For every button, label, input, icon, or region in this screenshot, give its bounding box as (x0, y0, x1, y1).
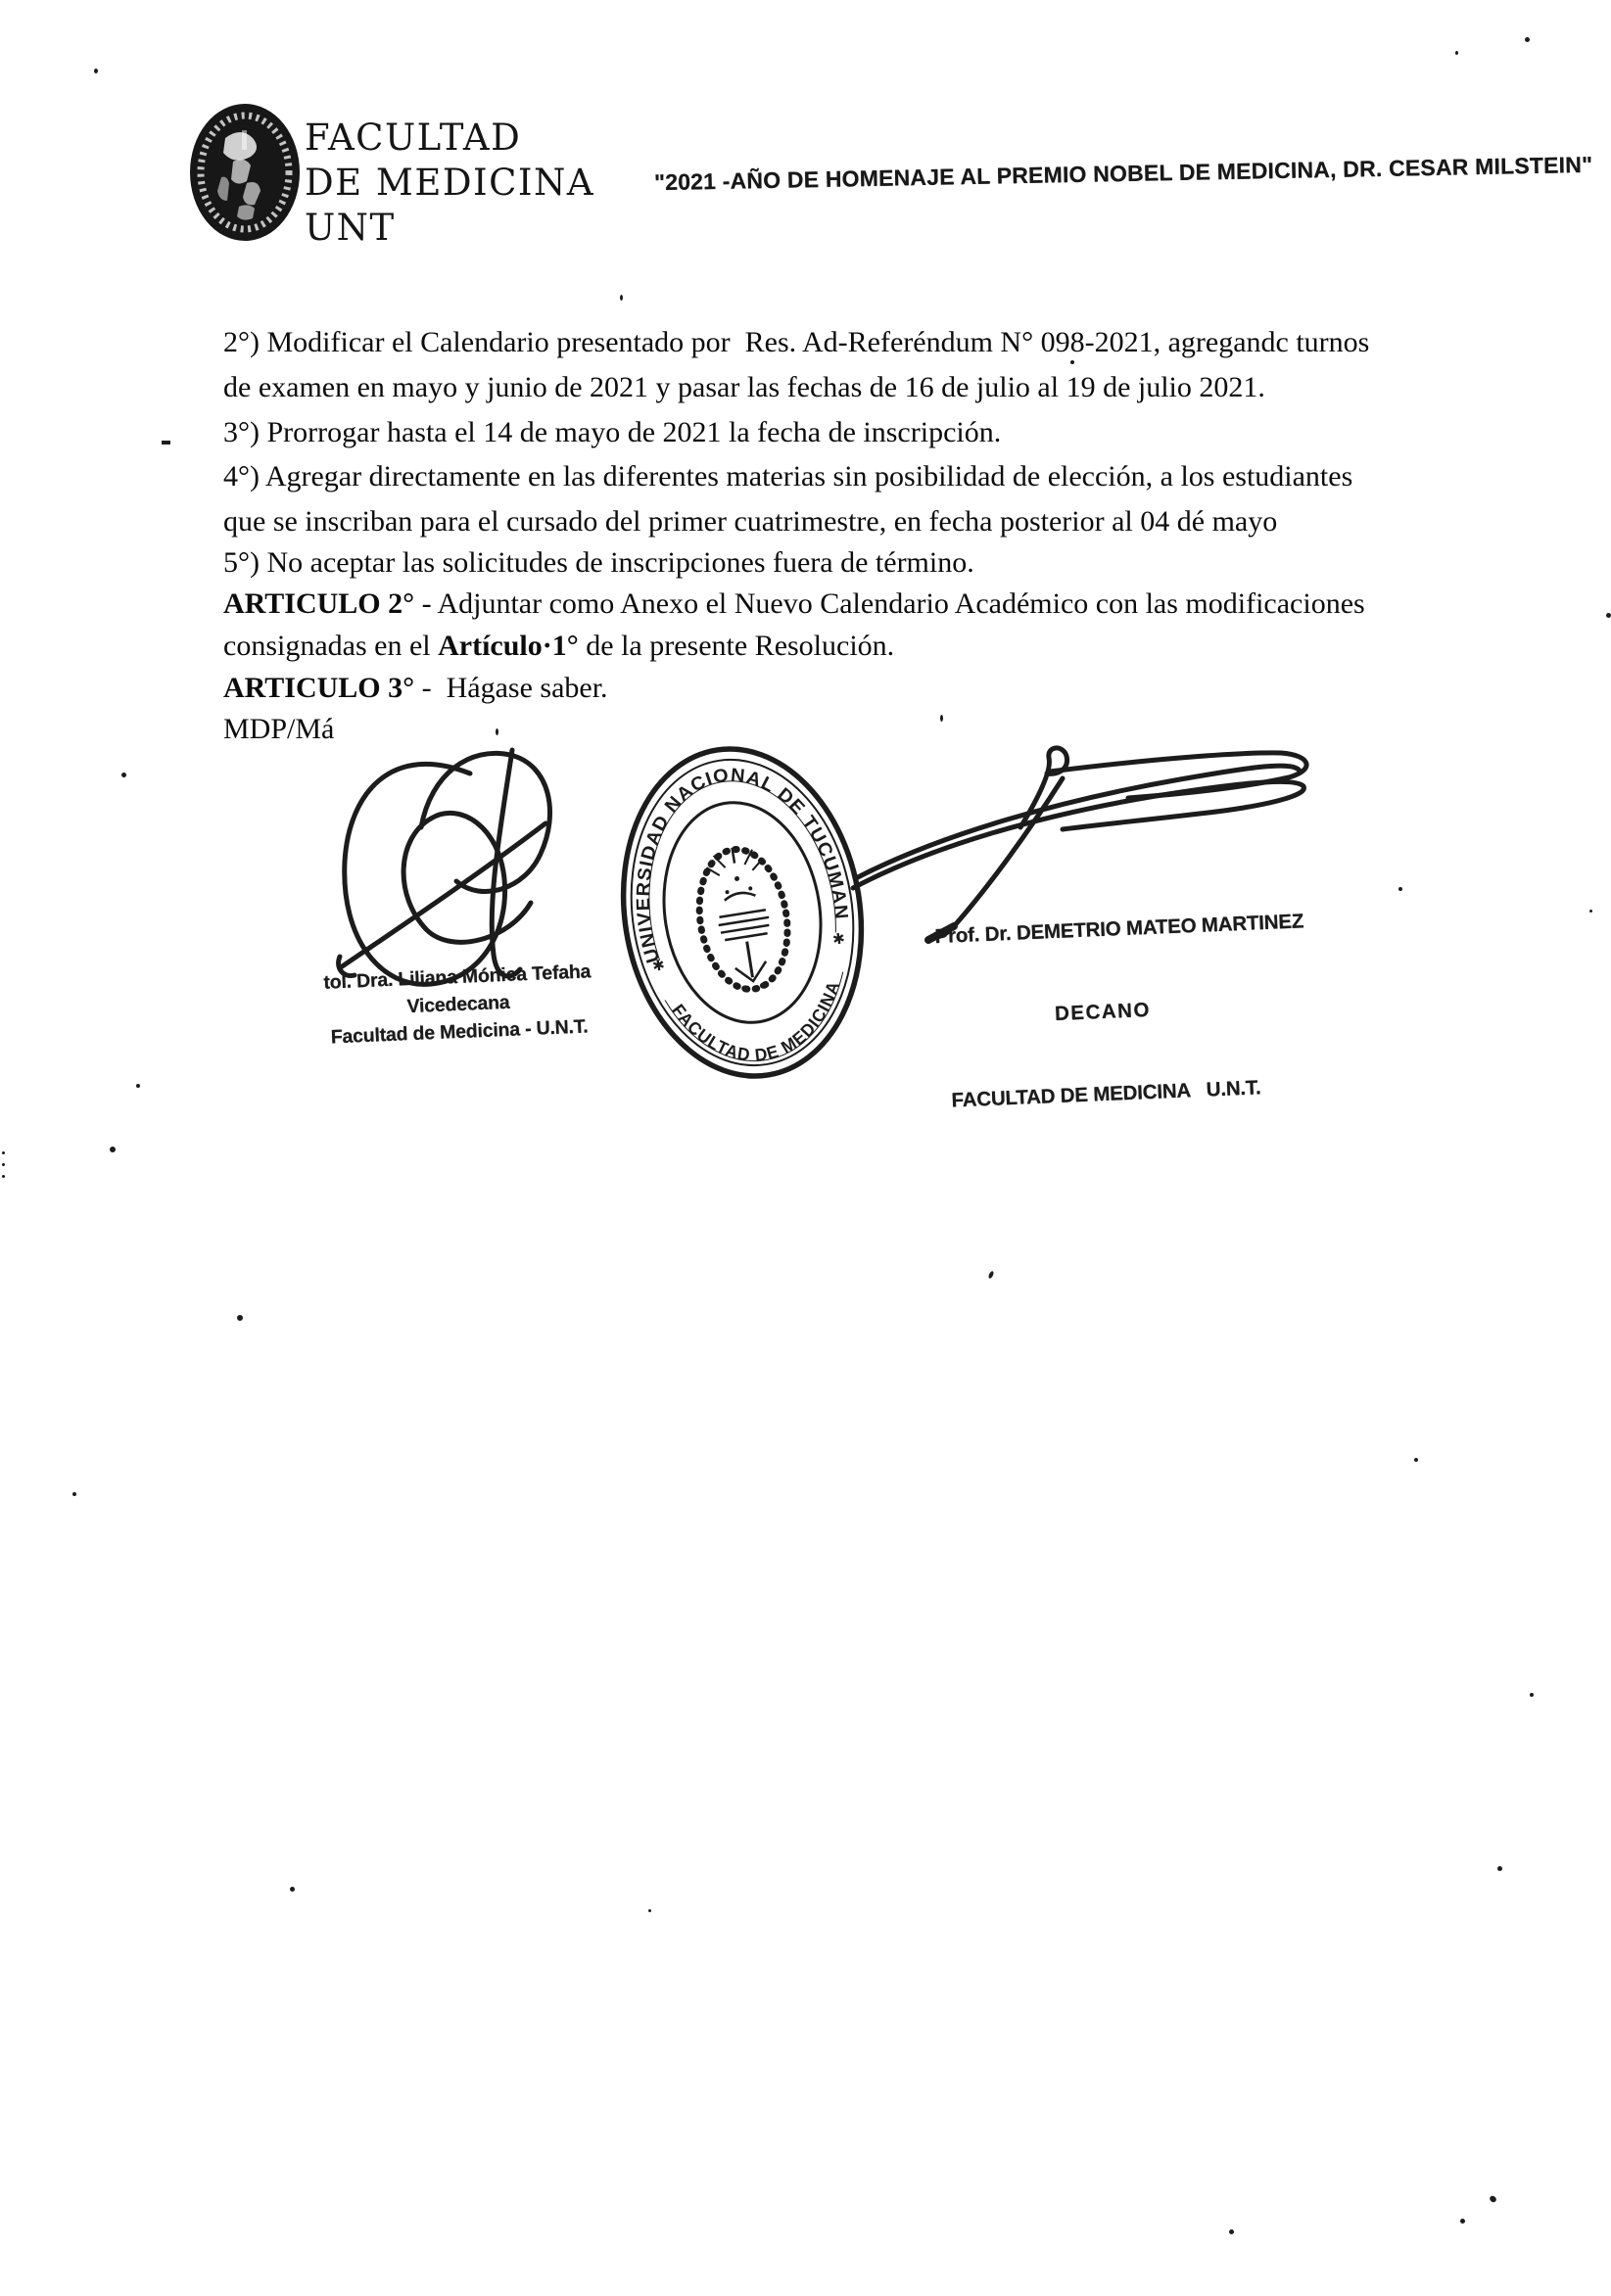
scan-speck (1525, 37, 1530, 42)
org-name-line3: UNT (305, 206, 594, 251)
signer-right-org: FACULTAD DE MEDICINA U.N.T. (941, 1074, 1271, 1115)
scan-speck (1398, 887, 1402, 891)
scan-speck (162, 441, 170, 445)
scan-speck (1070, 360, 1074, 364)
body-line-9: ARTICULO 3° - Hágase saber. (223, 672, 608, 705)
line8-pre: consignadas en el (223, 630, 438, 662)
scan-speck (496, 728, 498, 735)
line8-rest: de la presente Resolución. (579, 630, 894, 662)
scan-speck (136, 1084, 140, 1088)
scan-speck (1589, 910, 1592, 913)
signer-right-role: DECANO (938, 992, 1268, 1033)
body-line-6: 5°) No aceptar las solicitudes de inscri… (223, 546, 974, 580)
scan-speck (1455, 51, 1458, 55)
scan-speck (1229, 2229, 1234, 2234)
scan-speck (1530, 1693, 1534, 1697)
stamp-star-right: ✱ (831, 931, 846, 949)
stamp-star-left: ✱ (651, 958, 666, 975)
scan-speck (1460, 2219, 1465, 2224)
scan-speck (290, 1887, 295, 1892)
scanned-document-page: FACULTAD DE MEDICINA UNT "2021 -AÑO DE H… (0, 0, 1611, 2296)
articulo-2-label: ARTICULO 2° (223, 587, 414, 620)
scan-speck (2, 1175, 5, 1178)
articulo-3-text: - Hágase saber. (414, 672, 607, 704)
scan-speck (121, 773, 126, 777)
body-line-8: consignadas en el Artículo·1° de la pres… (223, 630, 894, 663)
scan-speck (1497, 1866, 1502, 1871)
scan-speck (987, 1271, 994, 1280)
org-name-line1: FACULTAD (305, 116, 594, 161)
university-seal-logo (188, 101, 302, 244)
scan-speck (72, 1492, 76, 1496)
articulo-1-ref: Artículo·1° (438, 630, 579, 662)
scan-speck (110, 1147, 116, 1152)
faculty-oval-stamp: UNIVERSIDAD NACIONAL DE TUCUMAN FACULTAD… (617, 741, 870, 1084)
scan-speck (94, 69, 98, 73)
body-line-7: ARTICULO 2° - Adjuntar como Anexo el Nue… (223, 587, 1365, 621)
body-line-4: 4°) Agregar directamente en las diferent… (223, 460, 1352, 493)
body-line-3: 3°) Prorrogar hasta el 14 de mayo de 202… (223, 416, 1001, 449)
scan-speck (1414, 1458, 1418, 1462)
org-name: FACULTAD DE MEDICINA UNT (305, 116, 594, 251)
org-name-line2: DE MEDICINA (305, 161, 594, 206)
stamp-coat-of-arms (689, 841, 797, 997)
signature-left-caption: tol. Dra. Liliana Mónica Tefaha Vicedeca… (309, 958, 606, 1052)
scan-speck (237, 1315, 243, 1321)
scan-speck (620, 295, 623, 301)
body-line-1: 2°) Modificar el Calendario presentado p… (223, 326, 1369, 359)
scan-speck (1606, 613, 1611, 618)
body-line-5: que se inscriban para el cursado del pri… (223, 505, 1277, 539)
header-motto: "2021 -AÑO DE HOMENAJE AL PREMIO NOBEL D… (654, 154, 1496, 197)
scan-speck (940, 715, 943, 722)
scan-speck (1489, 2194, 1497, 2203)
scan-speck (2, 1163, 5, 1166)
body-line-2: de examen en mayo y junio de 2021 y pasa… (223, 371, 1265, 404)
scan-speck (648, 1909, 651, 1912)
articulo-2-text: - Adjuntar como Anexo el Nuevo Calendari… (414, 587, 1365, 620)
scan-speck (2, 1151, 5, 1154)
signature-left-scribble (339, 750, 550, 984)
signer-right-name: Prof. Dr. DEMETRIO MATEO MARTINEZ (934, 910, 1264, 951)
articulo-3-label: ARTICULO 3° (223, 672, 414, 704)
signature-right-caption: Prof. Dr. DEMETRIO MATEO MARTINEZ DECANO… (932, 855, 1274, 1170)
